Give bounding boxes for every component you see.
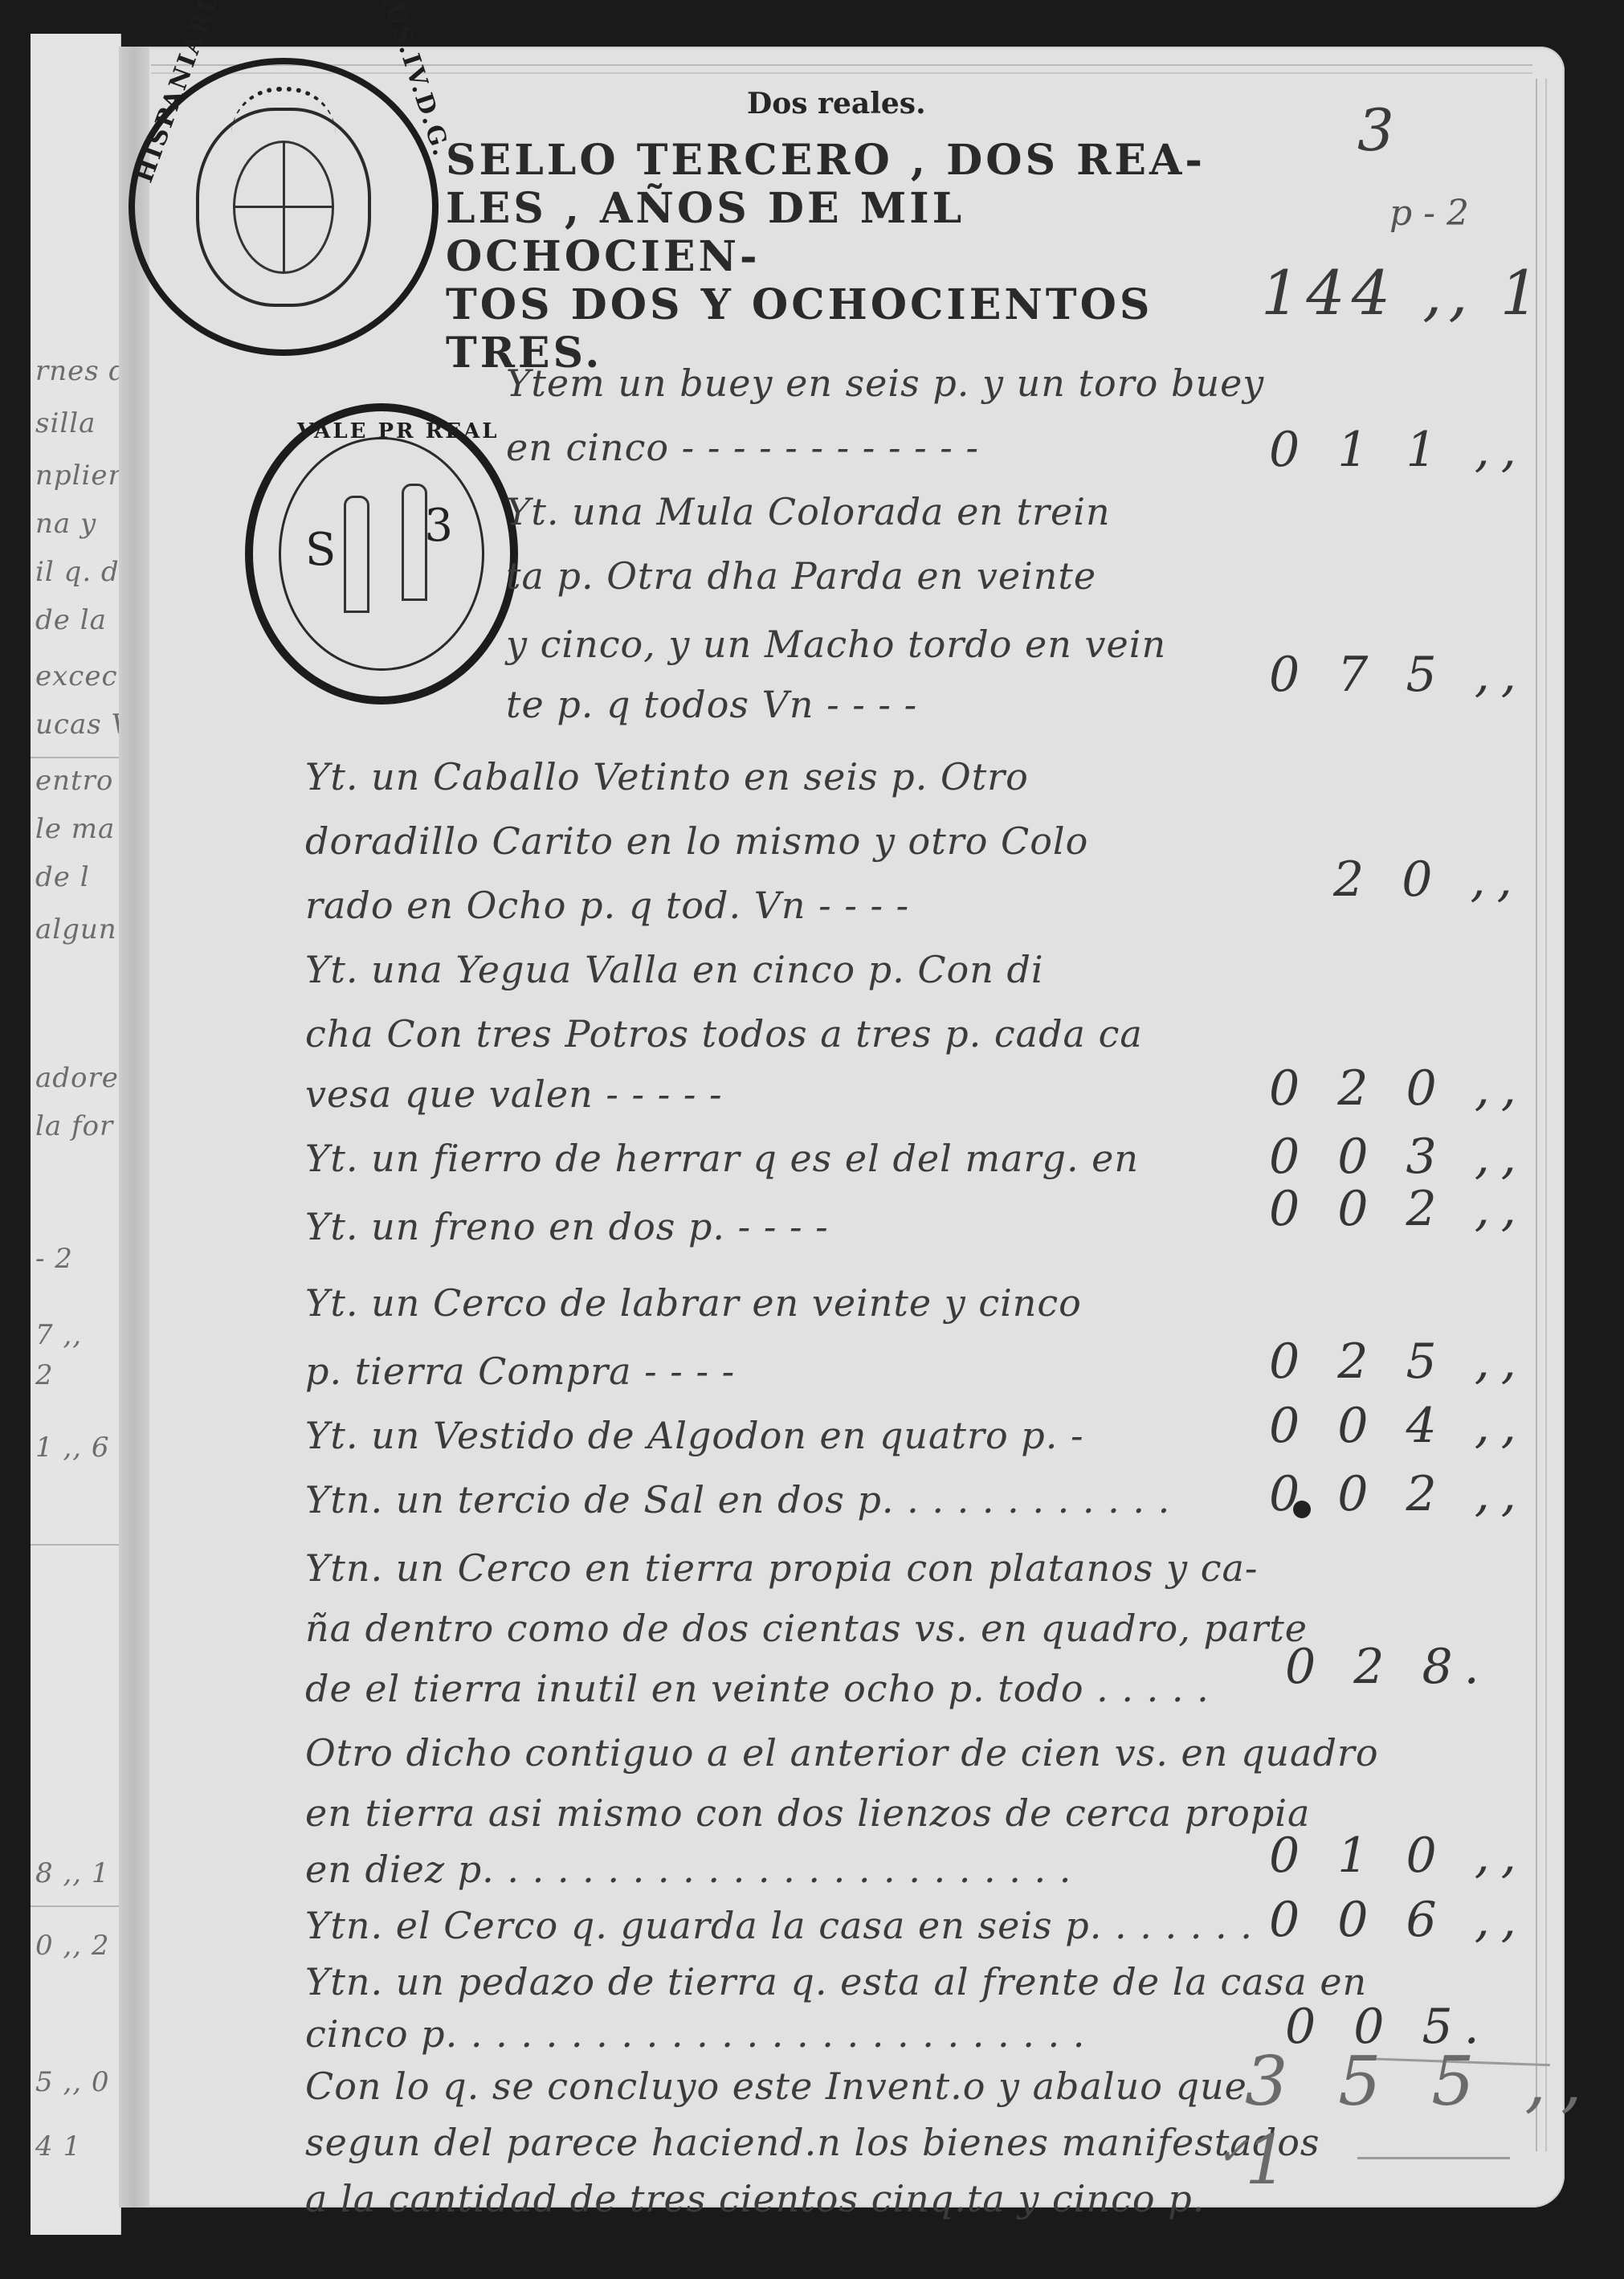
entry-line: ña dentro como de dos cientas vs. en qua… [305,1607,1285,1650]
margin-number: 7 ,, [35,1319,82,1351]
folio-number: 3 [1357,96,1394,164]
royal-seal-stamp: HISPANIARUM R CAROLUS.IV.D.G. [129,58,439,356]
entry-line: Yt. un Cerco de labrar en veinte y cinco [305,1281,1285,1325]
entry-line: doradillo Carito en lo mismo y otro Colo [305,819,1285,863]
margin-fragment: il q. d [35,556,120,588]
title-line: LES , AÑOS DE MIL OCHOCIEN- [446,185,1249,281]
entry-amount: 0 7 5 ,, [1269,647,1510,703]
margin-number: 5 ,, 0 [35,2066,110,2098]
entry-line: Yt. un fierro de herrar q es el del marg… [305,1137,1285,1180]
entry-line: vesa que valen - - - - - [305,1072,1285,1116]
grand-total: 3 5 5 ,, 1 [1245,2042,1624,2199]
entry-line: Ytn. un Cerco en tierra propia con plata… [305,1546,1285,1590]
margin-rule [31,1905,120,1907]
entry-line: rado en Ocho p. q tod. Vn - - - - [305,884,1285,927]
entry-line: Ytn. el Cerco q. guarda la casa en seis … [305,1904,1285,1947]
margin-fragment: nplien [35,459,126,492]
entry-amount: 0 0 4 ,, [1269,1398,1510,1454]
entry-line: Yt. un Vestido de Algodon en quatro p. - [305,1414,1285,1457]
value-seal-stamp: S 3 VALE PR REAL [245,403,518,705]
margin-fragment: na y [35,508,96,540]
entry-line: Yt. una Yegua Valla en cinco p. Con di [305,948,1285,991]
entry-amount: 0 1 1 ,, [1269,422,1510,478]
margin-fragment: silla [35,407,96,439]
margin-fragment: entro [35,765,113,797]
margin-fragment: rnes d [35,355,127,387]
entry-line: en tierra asi mismo con dos lienzos de c… [305,1791,1285,1835]
entry-line: Ytn. un tercio de Sal en dos p. . . . . … [305,1478,1285,1521]
check-mark-icon: ✓ [1217,2129,1249,2174]
entry-line: cinco p. . . . . . . . . . . . . . . . .… [305,2012,1285,2056]
margin-fragment: la for [35,1110,113,1142]
entry-amount: 0 0 3 ,, [1269,1129,1510,1185]
seal-mark: S [305,524,336,576]
total-rule-bottom [1357,2157,1510,2159]
seal-legend: VALE PR REAL [297,419,500,443]
page-right-edge [1536,79,1547,2151]
stamp-value-label: Dos reales. [747,87,926,120]
margin-fragment: le ma [35,813,115,845]
corner-note: p - 2 [1389,193,1469,234]
title-line: SELLO TERCERO , DOS REA- [446,137,1249,185]
page-fold [119,47,149,2208]
margin-number: 0 ,, 2 [35,1930,110,1962]
entry-line: Yt. un freno en dos p. - - - - [305,1205,1285,1248]
margin-rule [31,1544,120,1546]
closing-line: Con lo q. se concluyo este Invent.o y ab… [305,2065,1285,2108]
stamp-paper-title: SELLO TERCERO , DOS REA- LES , AÑOS DE M… [446,137,1249,378]
entry-line: de el tierra inutil en veinte ocho p. to… [305,1667,1285,1710]
entry-line: ta p. Otra dha Parda en veinte [506,554,1486,598]
previous-page-edge: rnes d silla nplien na y il q. d de la e… [31,34,121,2235]
entry-line: cha Con tres Potros todos a tres p. cada… [305,1012,1285,1056]
entry-amount: 0 2 0 ,, [1269,1060,1510,1117]
margin-fragment: de la [35,604,107,636]
entry-line: Ytn. un pedazo de tierra q. esta al fren… [305,1960,1285,2003]
entry-amount: 0 2 8. [1285,1639,1526,1695]
entry-line: en diez p. . . . . . . . . . . . . . . .… [305,1848,1285,1891]
ink-blot [1293,1501,1311,1518]
margin-number: 8 ,, 1 [35,1857,110,1889]
entry-line: Yt. un Caballo Vetinto en seis p. Otro [305,755,1285,798]
entry-line: Otro dicho contiguo a el anterior de cie… [305,1731,1285,1775]
crown-icon [231,87,336,140]
entry-amount: 2 0 ,, [1333,852,1574,908]
entry-amount: 0 0 6 ,, [1269,1892,1510,1948]
seal-mark: 3 [424,500,453,552]
entry-line: p. tierra Compra - - - - [305,1350,1285,1393]
page-top-edge [151,64,1532,74]
closing-line: a la cantidad de tres cientos cinq.ta y … [305,2177,1285,2220]
entry-amount: 0 2 5 ,, [1269,1334,1510,1390]
margin-number: - 2 [35,1243,73,1275]
pillar-icon [402,484,427,601]
entry-line: Ytem un buey en seis p. y un toro buey [506,361,1486,405]
title-line: TOS DOS Y OCHOCIENTOS [446,281,1249,329]
pillar-icon [344,496,369,613]
entry-amount: 0 0 2 ,, [1269,1181,1510,1237]
margin-number: 2 [35,1359,54,1391]
carried-total: 144 ,, 1 [1261,257,1545,329]
entry-line: Yt. una Mula Colorada en trein [506,490,1486,533]
shield-icon [233,141,334,274]
margin-fragment: algun [35,913,117,945]
margin-rule [31,757,120,758]
closing-line: segun del parece haciend.n los bienes ma… [305,2121,1285,2164]
margin-fragment: de l [35,861,90,893]
seal-inner-ring: S 3 [279,437,484,671]
margin-number: 4 1 [35,2130,81,2163]
entry-amount: 0 1 0 ,, [1269,1828,1510,1884]
